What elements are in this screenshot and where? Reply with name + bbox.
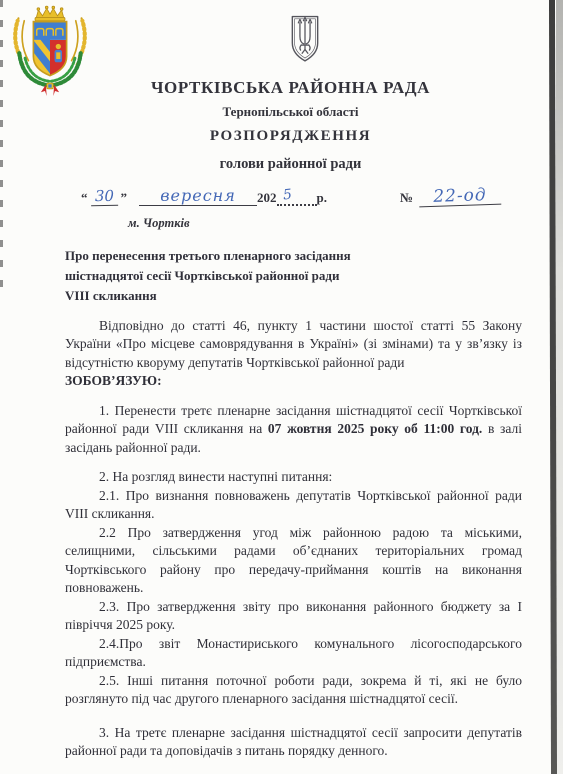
open-quote: “ [81,190,88,206]
close-quote: ” [121,190,128,206]
subject-line-3: VIII скликання [65,286,395,306]
scanned-document-page: ЧОРТКІВСЬКА РАЙОННА РАДА Тернопільської … [0,0,563,774]
handwritten-day: 30 [90,189,117,206]
point-2-5: 2.5. Інші питання поточної роботи ради, … [65,672,522,709]
trident-emblem-icon [286,9,324,71]
subject-line-2: шістнадцятої сесії Чортківської районної… [65,266,395,286]
date-line: “ 30 ” вересня 202 5 р. [78,188,327,206]
printed-year-prefix: 202 [257,190,277,206]
point-2-1: 2.1. Про визнання повноважень депутатів … [65,487,522,524]
point-1-bold-date: 07 жовтня 2025 року об 11:00 год. [268,421,482,436]
year-suffix: р. [317,190,327,206]
point-2-4: 2.4.Про звіт Монастириського комунальног… [65,635,522,672]
subject-block: Про перенесення третього пленарного засі… [65,246,395,306]
document-type-title: РОЗПОРЯДЖЕННЯ [40,128,541,145]
document-body: Відповідно до статті 46, пункту 1 частин… [65,317,522,761]
oblige-heading: ЗОБОВ’ЯЗУЮ: [65,372,522,390]
scan-edge-strip [556,0,563,774]
point-2-3: 2.3. Про затвердження звіту про виконанн… [65,598,522,635]
point-2: 2. На розгляд винести наступні питання: [65,468,522,486]
region-subtitle: Тернопільської області [40,104,541,120]
point-2-2: 2.2 Про затвердження угод між районною р… [65,524,522,598]
intro-paragraph: Відповідно до статті 46, пункту 1 частин… [65,317,522,372]
year-dotted-line: 5 [277,191,317,206]
place-label: м. Чортків [128,216,190,231]
handwritten-document-number: 22-од [419,187,502,208]
document-subtitle: голови районної ради [40,156,541,173]
handwritten-year-digit: 5 [282,186,293,203]
point-3: 3. На третє пленарне засідання шістнадця… [65,724,522,761]
document-number-line: № 22-од [400,188,501,206]
subject-line-1: Про перенесення третього пленарного засі… [65,246,395,266]
handwritten-month: вересня [139,188,257,206]
point-1: 1. Перенести третє пленарне засідання ші… [65,402,522,457]
number-sign: № [400,190,413,206]
scan-edge-marks [0,0,3,300]
council-name-title: ЧОРТКІВСЬКА РАЙОННА РАДА [40,78,541,98]
